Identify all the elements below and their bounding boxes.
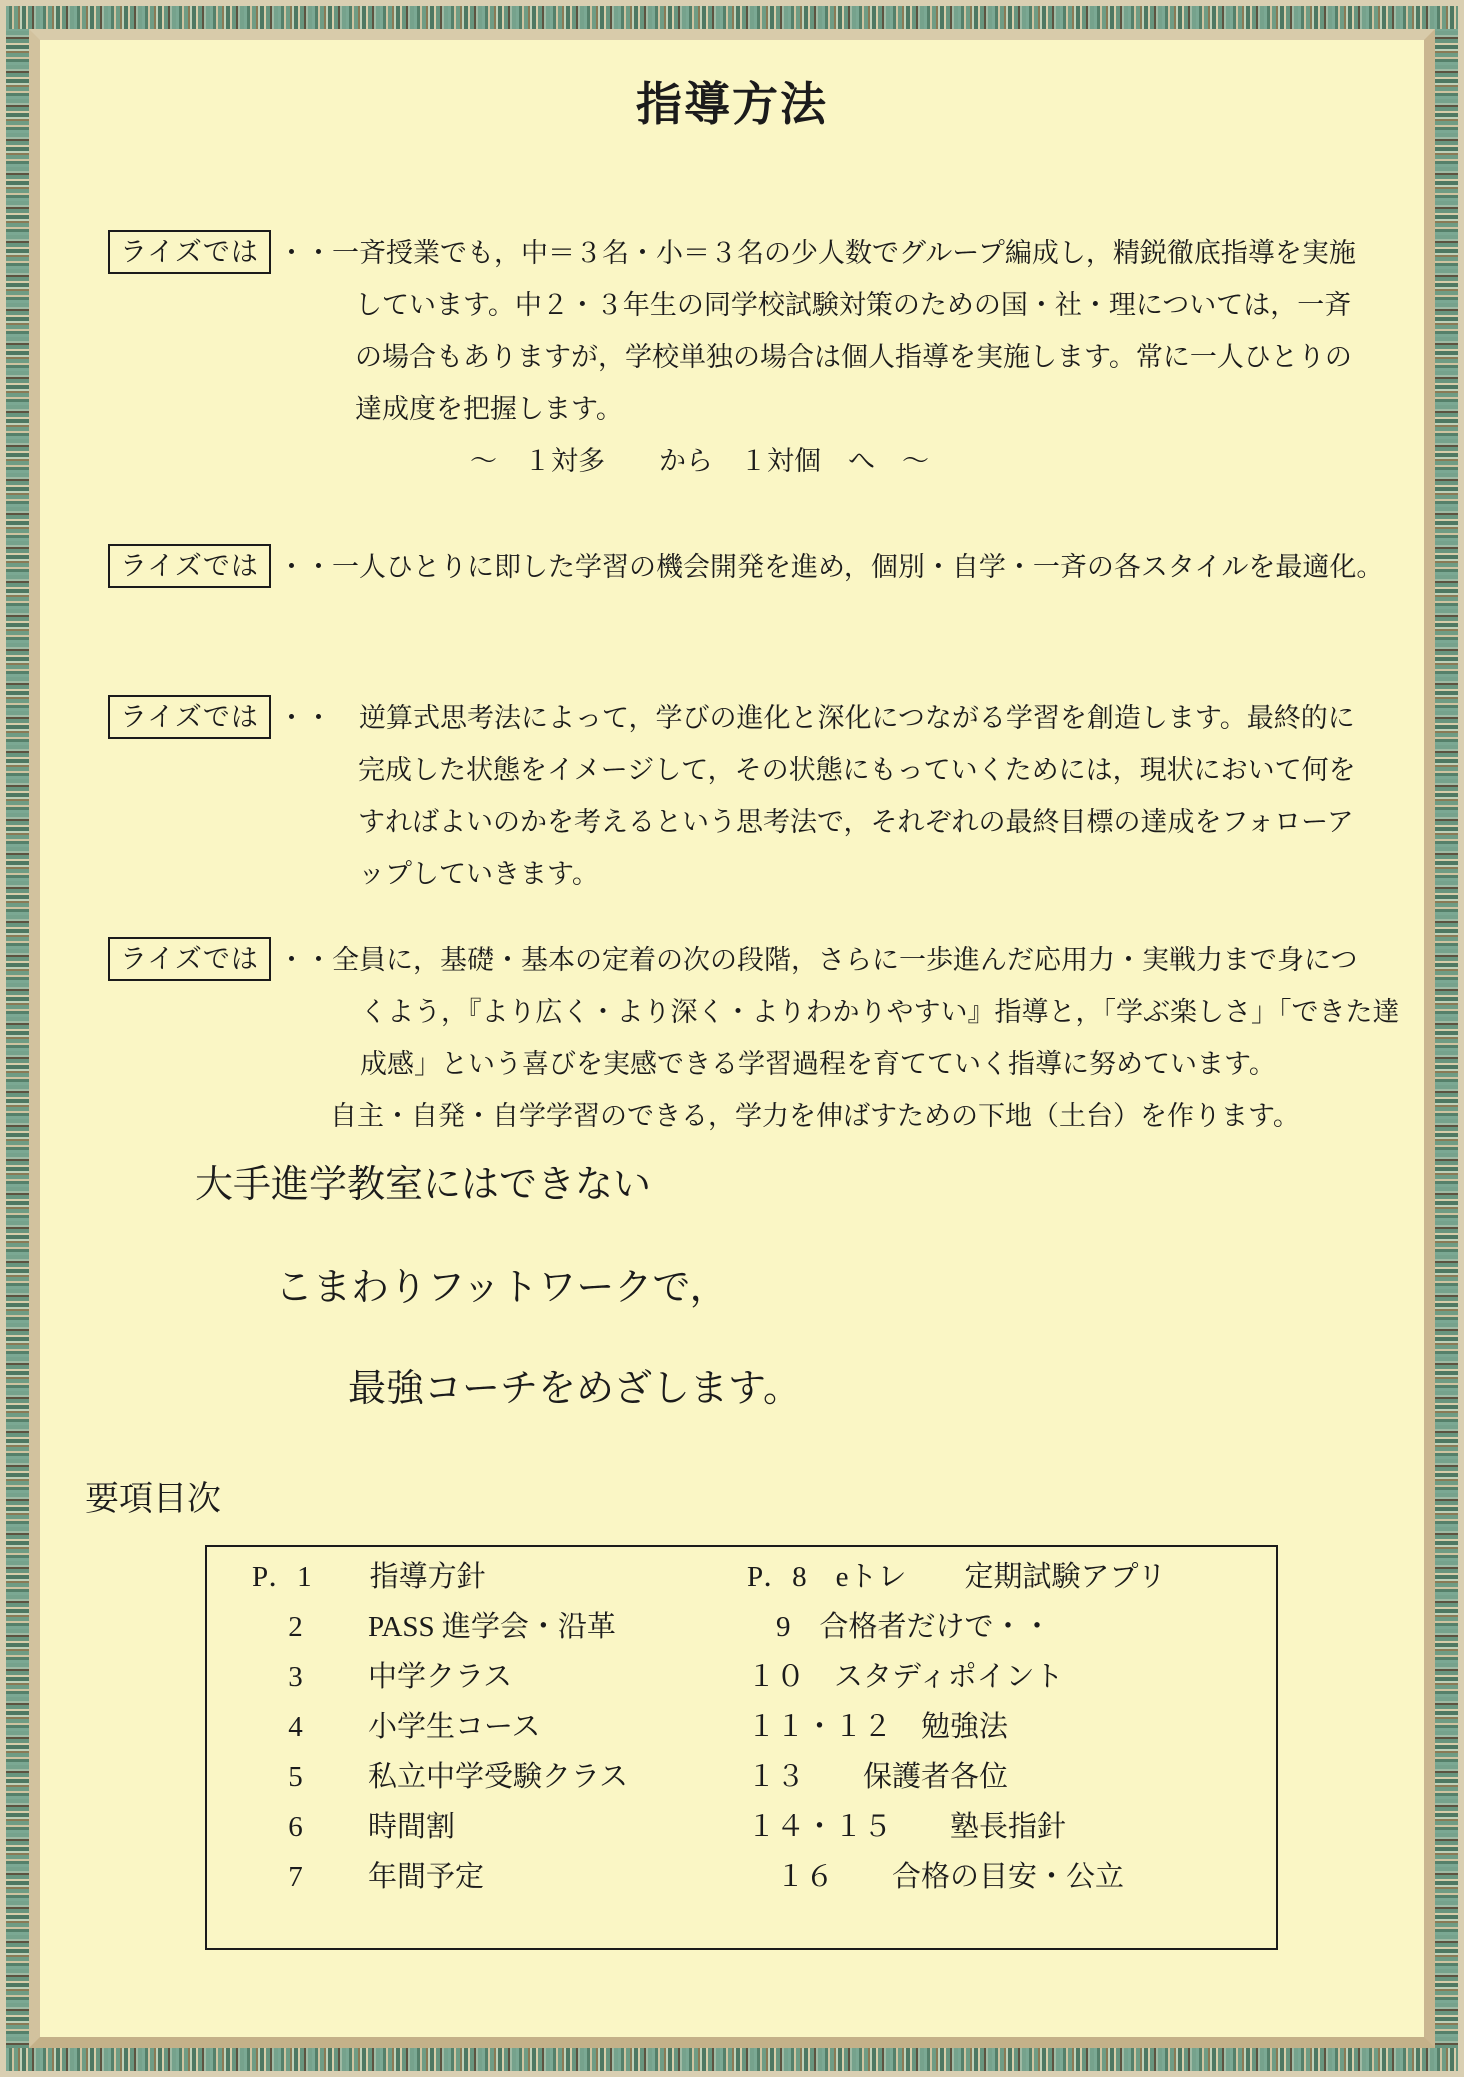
teaching-paragraph-1: ライズでは ・・一斉授業でも，中＝３名・小＝３名の少人数でグループ編成し，精鋭徹…	[40, 227, 1424, 487]
paragraph-line: 完成した状態をイメージして，その状態にもっていくためには，現状において何を	[40, 744, 1424, 796]
toc-entry-right: １６ 合格の目安・公立	[747, 1852, 1124, 1902]
toc-entry-left: 2 PASS 進学会・沿革	[252, 1602, 747, 1652]
page-title: 指導方法	[40, 78, 1424, 130]
slogan-line-1: 大手進学教室にはできない	[195, 1157, 651, 1213]
toc-entry-right: 9 合格者だけで・・	[747, 1602, 1052, 1652]
toc-entry-left: 5 私立中学受験クラス	[252, 1752, 747, 1802]
paragraph-line: しています。中２・３年生の同学校試験対策のための国・社・理については，一斉	[40, 279, 1424, 331]
slogan-line-3: 最強コーチをめざします。	[348, 1361, 801, 1417]
paragraph-line: 達成度を把握します。	[40, 383, 1424, 435]
toc-entry-right: １０ スタディポイント	[747, 1652, 1064, 1702]
toc-row: 4 小学生コース １１・１２ 勉強法	[207, 1702, 1276, 1752]
decorative-border-bottom	[6, 2048, 1458, 2071]
toc-row: 6 時間割 １４・１５ 塾長指針	[207, 1802, 1276, 1852]
paragraph-line: の場合もありますが，学校単独の場合は個人指導を実施します。常に一人ひとりの	[40, 331, 1424, 383]
document-sheet: 指導方法 ライズでは ・・一斉授業でも，中＝３名・小＝３名の少人数でグループ編成…	[0, 0, 1464, 2077]
decorative-border-right	[1435, 6, 1458, 2071]
rise-label-box-3: ライズでは	[108, 695, 271, 739]
toc-entry-left: 4 小学生コース	[252, 1702, 747, 1752]
toc-entry-left: P．1 指導方針	[252, 1552, 747, 1602]
toc-row: P．1 指導方針 P．8 eトレ 定期試験アプリ	[207, 1552, 1276, 1602]
page-content: 指導方法 ライズでは ・・一斉授業でも，中＝３名・小＝３名の少人数でグループ編成…	[40, 40, 1424, 2037]
toc-entry-right: １１・１２ 勉強法	[747, 1702, 1008, 1752]
rise-label-box-4: ライズでは	[108, 937, 271, 981]
teaching-paragraph-4: ライズでは ・・全員に，基礎・基本の定着の次の段階，さらに一歩進んだ応用力・実戦…	[40, 934, 1424, 1142]
paragraph-line: すればよいのかを考えるという思考法で，それぞれの最終目標の達成をフォローア	[40, 796, 1424, 848]
teaching-paragraph-2: ライズでは ・・一人ひとりに即した学習の機会開発を進め，個別・自学・一斉の各スタ…	[40, 541, 1424, 593]
toc-entry-right: １４・１５ 塾長指針	[747, 1802, 1066, 1852]
toc-row: 3 中学クラス １０ スタディポイント	[207, 1652, 1276, 1702]
toc-box: P．1 指導方針 P．8 eトレ 定期試験アプリ 2 PASS 進学会・沿革 9…	[205, 1545, 1278, 1950]
decorative-border-top	[6, 6, 1458, 29]
toc-row: 2 PASS 進学会・沿革 9 合格者だけで・・	[207, 1602, 1276, 1652]
decorative-border-left	[6, 6, 29, 2071]
slogan-line-2: こまわりフットワークで，	[275, 1260, 728, 1316]
toc-row: 5 私立中学受験クラス １３ 保護者各位	[207, 1752, 1276, 1802]
paragraph-line: 自主・自発・自学学習のできる，学力を伸ばすための下地（土台）を作ります。	[40, 1090, 1424, 1142]
teaching-paragraph-3: ライズでは ・・ 逆算式思考法によって，学びの進化と深化につながる学習を創造しま…	[40, 692, 1424, 900]
paragraph-line: くよう，『より広く・より深く・よりわかりやすい』指導と，「学ぶ楽しさ」「できた達	[40, 986, 1424, 1038]
toc-entry-left: 7 年間予定	[252, 1852, 747, 1902]
toc-row: 7 年間予定 １６ 合格の目安・公立	[207, 1852, 1276, 1902]
toc-entry-left: 6 時間割	[252, 1802, 747, 1852]
rise-label-box-1: ライズでは	[108, 230, 271, 274]
paragraph-line: ップしていきます。	[40, 848, 1424, 900]
toc-entry-left: 3 中学クラス	[252, 1652, 747, 1702]
toc-heading: 要項目次	[85, 1476, 221, 1524]
paragraph-line-emphasis: ～ １対多 から １対個 へ ～	[40, 435, 1424, 487]
toc-entry-right: P．8 eトレ 定期試験アプリ	[747, 1552, 1166, 1602]
paragraph-line: 成感」という喜びを実感できる学習過程を育てていく指導に努めています。	[40, 1038, 1424, 1090]
toc-entry-right: １３ 保護者各位	[747, 1752, 1008, 1802]
rise-label-box-2: ライズでは	[108, 544, 271, 588]
